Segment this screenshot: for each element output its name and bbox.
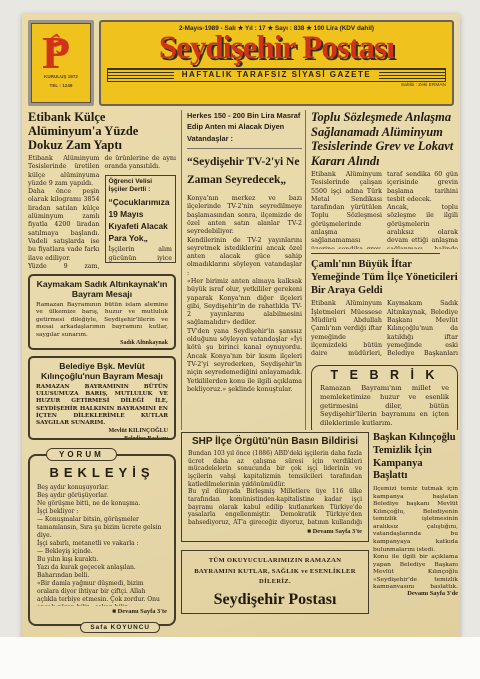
etibank-body-right: de ürünlerine de aynı oranda yansıtıldı. bbox=[105, 155, 177, 172]
yorum-body: Beş aydır konuşuyorlar. Beş aydır görüşü… bbox=[37, 484, 167, 606]
tv2-headline: “Seydişehir TV-2'yi Ne Zaman Seyredecek„ bbox=[187, 154, 302, 190]
etibank-article: Etibank Alüminyum Tesislerinde üretilen … bbox=[28, 155, 176, 269]
baskan-continuation: Devamı Sayfa 3'de bbox=[373, 590, 458, 597]
tebrik-box: T E B R İ K Ramazan Bayramı'nın millet v… bbox=[311, 365, 458, 430]
yorum-continuation: ■ Devamı Sayfa 3'te bbox=[37, 608, 167, 615]
shp-press-release-box: SHP İlçe Örgütü'nün Basın Bildirisi Bund… bbox=[181, 432, 369, 542]
logo-inner: P S KURULUŞ 1972 TEL : 1249 bbox=[31, 23, 91, 103]
belediye-headline: Belediye Bşk. Mevlüt Kılınçoğlu'nun Bayr… bbox=[36, 361, 168, 382]
toplu-body-right: taraf sendika 60 gün içerisinde grevin b… bbox=[387, 171, 458, 249]
newspaper-page: P S KURULUŞ 1972 TEL : 1249 2-Mayıs-1989… bbox=[22, 14, 460, 646]
column-left: Etibank Külçe Alüminyum'a Yüzde Dokuz Za… bbox=[28, 110, 176, 628]
shp-headline: SHP İlçe Örgütü'nün Basın Bildirisi bbox=[188, 436, 362, 447]
toplu-article: Etibank Alüminyum Tesislerinde çalışan 5… bbox=[311, 171, 458, 249]
section-divider bbox=[311, 253, 440, 254]
camli-body-right: Kaymakam Sadık Altınkaynak, Belediye Baş… bbox=[387, 300, 458, 358]
baskan-body: İlçemizi temiz tutmak için kampanya başl… bbox=[373, 486, 458, 588]
yorum-author: Safa KOYUNCU bbox=[80, 622, 160, 633]
greeting-text: TÜM OKUYUCULARIMIZIN RAMAZAN BAYRAMINI K… bbox=[192, 556, 358, 588]
column-right: Toplu Sözleşmede Anlaşma Sağlanamadı Alü… bbox=[305, 110, 458, 430]
ogrenci-body: İşçilerin alım gücünün iyice düştüğü ve … bbox=[109, 246, 173, 262]
ogrenci-kicker: Öğrenci Velisi İşçiler Dertli : bbox=[109, 178, 173, 196]
owner-line: Sahibi : Zeki ERMAN bbox=[107, 83, 446, 88]
tebrik-body: Ramazan Bayramı'nın millet ve memleketim… bbox=[320, 384, 449, 428]
toplu-headline: Toplu Sözleşmede Anlaşma Sağlanamadı Alü… bbox=[311, 110, 458, 168]
etibank-headline: Etibank Külçe Alüminyum'a Yüzde Dokuz Za… bbox=[28, 110, 176, 152]
etibank-right-subcol: de ürünlerine de aynı oranda yansıtıldı.… bbox=[105, 155, 177, 269]
column-middle: Herkes 150 - 200 Bin Lira Masraf Edip An… bbox=[181, 110, 302, 430]
yorum-title: BEKLEYİŞ bbox=[37, 465, 167, 480]
etibank-body-left: Etibank Alüminyum Tesislerinde üretilen … bbox=[28, 155, 100, 269]
kaymakam-signature: Sadık Altınkaynak Kaymakam bbox=[36, 340, 168, 350]
subtitle-bar: HAFTALIK TARAFSIZ SİYASİ GAZETE bbox=[107, 68, 446, 82]
baskan-article: Başkan Kılınçoğlu Temizlik İçin Kampanya… bbox=[373, 432, 458, 616]
masthead: P S KURULUŞ 1972 TEL : 1249 2-Mayıs-1989… bbox=[28, 20, 454, 106]
masthead-main: 2-Mayıs-1989 - Salı ★ Yıl : 17 ★ Sayı : … bbox=[99, 20, 454, 106]
toplu-body-left: Etibank Alüminyum Tesislerinde çalışan 5… bbox=[311, 171, 382, 249]
newspaper-subtitle: HAFTALIK TARAFSIZ SİYASİ GAZETE bbox=[174, 70, 379, 79]
yorum-label: YORUM bbox=[46, 448, 117, 461]
kaymakam-body: Ramazan Bayramının bütün islam alemine v… bbox=[36, 302, 168, 340]
greeting-signature: Seydişehir Postası bbox=[192, 591, 358, 609]
ogrenci-box: Öğrenci Velisi İşçiler Dertli : “Çocukla… bbox=[105, 175, 177, 263]
shp-body: Bundan 103 yıl önce (1886) ABD'deki işçi… bbox=[188, 450, 362, 526]
belediye-body: RAMAZAN BAYRAMININ BÜTÜN ULUSUMUZA BARIŞ… bbox=[36, 384, 168, 428]
tv2-kicker: Herkes 150 - 200 Bin Lira Masraf Edip An… bbox=[187, 110, 302, 149]
newspaper-title: Seydişehir Postası bbox=[107, 32, 446, 66]
shp-continuation: ■ Devamı Sayfa 3'te bbox=[188, 528, 362, 535]
camli-headline: Çamlı'nın Büyük İftar Yemeğinde Tüm İlçe… bbox=[311, 258, 458, 297]
kaymakam-headline: Kaymakam Sadık Altınkaynak'ın Bayram Mes… bbox=[36, 279, 168, 300]
logo-phone: TEL : 1249 bbox=[50, 82, 73, 90]
tv2-body: Konya'nın merkez ve bazı ilçelerinde TV-… bbox=[187, 195, 302, 394]
page-content: Etibank Külçe Alüminyum'a Yüzde Dokuz Za… bbox=[28, 110, 454, 628]
sp-monogram-icon: P S bbox=[41, 26, 81, 72]
ogrenci-headline: “Çocuklarımıza 19 Mayıs Kıyafeti Alacak … bbox=[109, 197, 173, 244]
camli-body-left: Etibank Alüminyum İşletmeleri Müessese M… bbox=[311, 300, 382, 358]
logo-founding-year: KURULUŞ 1972 bbox=[44, 73, 78, 81]
camli-right-subcol: Kaymakam Sadık Altınkaynak, Belediye Baş… bbox=[387, 300, 458, 358]
kaymakam-message-box: Kaymakam Sadık Altınkaynak'ın Bayram Mes… bbox=[28, 274, 176, 350]
belediye-signature: Mevlüt KILINÇOĞLU Belediye Başkanı bbox=[36, 428, 168, 440]
yorum-column-box: YORUM BEKLEYİŞ Beş aydır konuşuyorlar. B… bbox=[28, 454, 176, 626]
logo-box: P S KURULUŞ 1972 TEL : 1249 bbox=[28, 20, 94, 106]
scan-background bbox=[0, 637, 480, 679]
tebrik-title: T E B R İ K bbox=[320, 368, 449, 382]
camli-article: Etibank Alüminyum İşletmeleri Müessese M… bbox=[311, 300, 458, 358]
holiday-greeting-box: TÜM OKUYUCULARIMIZIN RAMAZAN BAYRAMINI K… bbox=[181, 550, 369, 614]
baskan-headline: Başkan Kılınçoğlu Temizlik İçin Kampanya… bbox=[373, 432, 458, 483]
belediye-message-box: Belediye Bşk. Mevlüt Kılınçoğlu'nun Bayr… bbox=[28, 356, 176, 440]
